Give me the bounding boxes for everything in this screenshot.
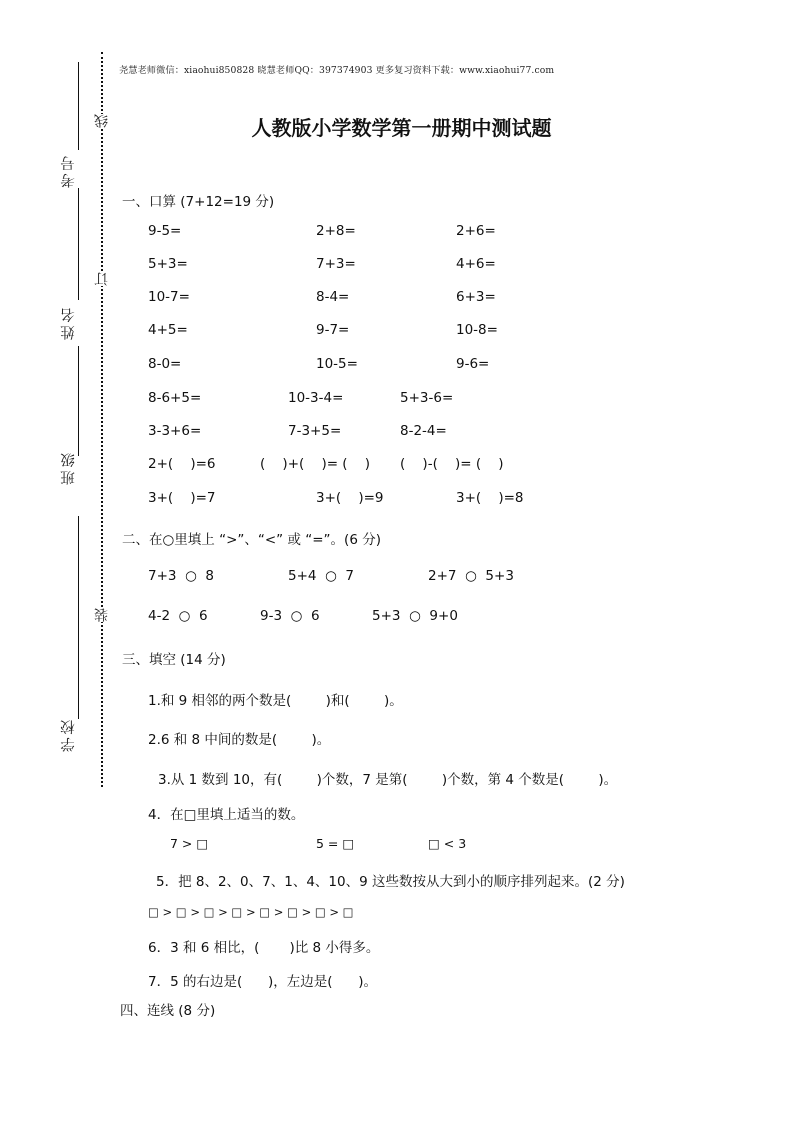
problem: ( )+( )= ( ) [260, 456, 370, 472]
class-label: 班级 [58, 450, 76, 485]
problem: 5+3= [148, 256, 188, 272]
class-blank[interactable] [78, 346, 79, 456]
comparison: 4-2 ○ 6 [148, 608, 208, 624]
problem: 7+3= [316, 256, 356, 272]
problem: 8-2-4= [400, 423, 447, 439]
box-item: □ < 3 [428, 836, 466, 851]
problem: 8-4= [316, 289, 349, 305]
problem: 3+( )=9 [316, 490, 384, 506]
problem: 9-7= [316, 322, 349, 338]
problem: 10-7= [148, 289, 190, 305]
fill-question-5-answer: □ > □ > □ > □ > □ > □ > □ > □ [148, 905, 354, 919]
name-blank[interactable] [78, 188, 79, 300]
problem: 9-6= [456, 356, 489, 372]
fill-question-7: 7．5 的右边是( )，左边是( )。 [148, 970, 377, 990]
fill-question-1: 1.和 9 相邻的两个数是( )和( )。 [148, 689, 403, 709]
fill-question-5: 5．把 8、2、0、7、1、4、10、9 这些数按从大到小的顺序排列起来。(2 … [156, 870, 625, 890]
section2-heading: 二、在○里填上 “>”、“<” 或 “=”。(6 分) [122, 528, 381, 548]
problem: 6+3= [456, 289, 496, 305]
problem: 3+( )=7 [148, 490, 216, 506]
problem: 4+5= [148, 322, 188, 338]
name-label: 姓名 [58, 305, 76, 340]
header-note: 尧慧老师微信：xiaohui850828 晓慧老师QQ：397374903 更多… [119, 62, 554, 76]
problem: 10-5= [316, 356, 358, 372]
school-blank[interactable] [78, 516, 79, 719]
comparison: 7+3 ○ 8 [148, 568, 214, 584]
problem: 2+6= [456, 223, 496, 239]
problem: 2+8= [316, 223, 356, 239]
problem: 8-6+5= [148, 390, 201, 406]
section1-heading: 一、口算 (7+12=19 分) [122, 190, 274, 210]
problem: 4+6= [456, 256, 496, 272]
box-item: 5 = □ [316, 836, 354, 851]
comparison: 5+4 ○ 7 [288, 568, 354, 584]
fill-question-6: 6．3 和 6 相比，( )比 8 小得多。 [148, 936, 379, 956]
exam-number-label: 考号 [58, 153, 76, 188]
box-item: 7 > □ [170, 836, 208, 851]
page-title: 人教版小学数学第一册期中测试题 [0, 112, 793, 141]
school-label: 学校 [58, 717, 76, 752]
problem: 9-5= [148, 223, 181, 239]
binding-word-ding: 订 [94, 272, 110, 286]
fill-question-3: 3.从 1 数到 10，有( )个数，7 是第( )个数，第 4 个数是( )。 [158, 768, 617, 788]
problem: ( )-( )= ( ) [400, 456, 504, 472]
binding-word-zhuang: 装 [94, 608, 110, 622]
problem: 10-3-4= [288, 390, 343, 406]
problem: 3-3+6= [148, 423, 201, 439]
fill-question-2: 2.6 和 8 中间的数是( )。 [148, 728, 330, 748]
problem: 2+( )=6 [148, 456, 216, 472]
problem: 7-3+5= [288, 423, 341, 439]
section4-heading: 四、连线 (8 分) [120, 999, 215, 1019]
binding-dotted-line [101, 52, 103, 787]
problem: 5+3-6= [400, 390, 453, 406]
problem: 10-8= [456, 322, 498, 338]
problem: 3+( )=8 [456, 490, 524, 506]
fill-question-4: 4．在□里填上适当的数。 [148, 803, 304, 823]
comparison: 5+3 ○ 9+0 [372, 608, 458, 624]
comparison: 2+7 ○ 5+3 [428, 568, 514, 584]
page-title-text: 人教版小学数学第一册期中测试题 [252, 116, 552, 140]
problem: 8-0= [148, 356, 181, 372]
section3-heading: 三、填空 (14 分) [122, 648, 226, 668]
comparison: 9-3 ○ 6 [260, 608, 320, 624]
